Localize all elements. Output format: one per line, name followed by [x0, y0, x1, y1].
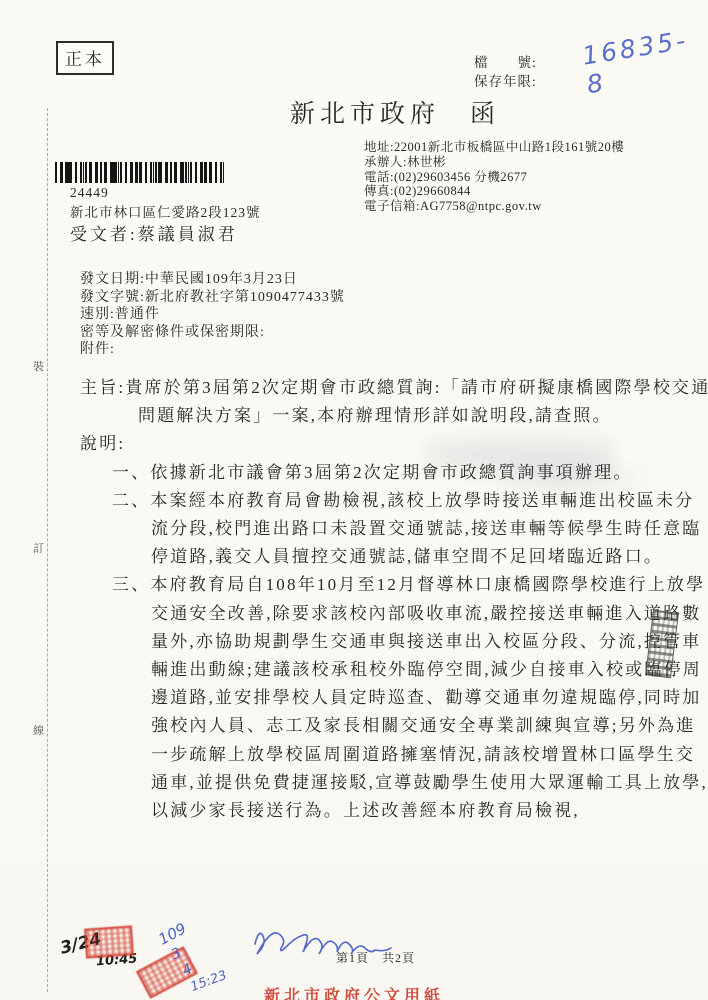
- file-number-label: 檔 號:: [474, 53, 537, 72]
- retention-label: 保存年限:: [474, 72, 537, 91]
- document-meta-block: 發文日期:中華民國109年3月23日 發文字號:新北府教社字第109047743…: [80, 271, 345, 359]
- issue-date: 發文日期:中華民國109年3月23日: [80, 271, 345, 289]
- binding-mark-zhuang: 裝: [33, 358, 44, 374]
- file-retention-labels: 檔 號: 保存年限:: [474, 53, 537, 91]
- sender-address: 地址:22001新北市板橋區中山路1段161號20樓: [364, 140, 624, 155]
- binding-dashed-line: [47, 108, 48, 992]
- contact-person: 承辦人:林世彬: [364, 155, 624, 170]
- handwritten-ref-number: 16835-8: [580, 23, 708, 100]
- subject-paragraph: 主旨:貴席於第3屆第2次定期會市政總質詢:「請市府研擬康橋國際學校交通問題解決方…: [80, 374, 708, 430]
- barcode: [55, 162, 225, 183]
- contact-fax: 傳真:(02)29660844: [364, 184, 624, 199]
- security-class: 密等及解密條件或保密期限:: [80, 324, 345, 342]
- binding-mark-xian: 線: [33, 722, 44, 738]
- official-paper-label: 新北市政府公文用紙: [0, 983, 708, 1000]
- explanation-items: 一、依據新北市議會第3屆第2次定期會市政總質詢事項辦理。 二、本案經本府教育局會…: [112, 459, 664, 826]
- recipient-address: 新北市林口區仁愛路2段123號: [70, 201, 261, 221]
- contact-phone: 電話:(02)29603456 分機2677: [364, 170, 624, 185]
- page-indicator: 第1頁 共2頁: [336, 949, 415, 966]
- doc-number: 發文字號:新北府教社字第1090477433號: [80, 289, 345, 307]
- binding-mark-ding: 訂: [33, 540, 44, 556]
- scanned-official-letter: 裝 訂 線 正本 16835-8 檔 號: 保存年限: 新北市政府 函 地址:2…: [0, 0, 708, 1000]
- sender-contact-block: 地址:22001新北市板橋區中山路1段161號20樓 承辦人:林世彬 電話:(0…: [364, 140, 624, 214]
- speed-class: 速別:普通件: [80, 306, 345, 324]
- contact-email: 電子信箱:AG7758@ntpc.gov.tw: [364, 199, 624, 214]
- attachment-label: 附件:: [80, 341, 345, 359]
- handwritten-year: 109: [155, 919, 189, 948]
- explanation-item-1: 一、依據新北市議會第3屆第2次定期會市政總質詢事項辦理。: [112, 459, 708, 487]
- recipient-postal-code: 24449: [70, 185, 109, 201]
- copy-type-box: 正本: [56, 41, 114, 75]
- explanation-item-3: 三、本府教育局自108年10月至12月督導林口康橋國際學校進行上放學交通安全改善…: [112, 571, 708, 825]
- explanation-heading: 說明:: [80, 430, 664, 458]
- explanation-item-2: 二、本案經本府教育局會勘檢視,該校上放學時接送車輛進出校區未分流分段,校門進出路…: [112, 487, 708, 572]
- letter-body: 主旨:貴席於第3屆第2次定期會市政總質詢:「請市府研擬康橋國際學校交通問題解決方…: [80, 374, 664, 825]
- red-name-seal-1: [84, 925, 134, 958]
- recipient-line: 受文者:蔡議員淑君: [70, 220, 238, 245]
- document-title: 新北市政府 函: [290, 94, 500, 130]
